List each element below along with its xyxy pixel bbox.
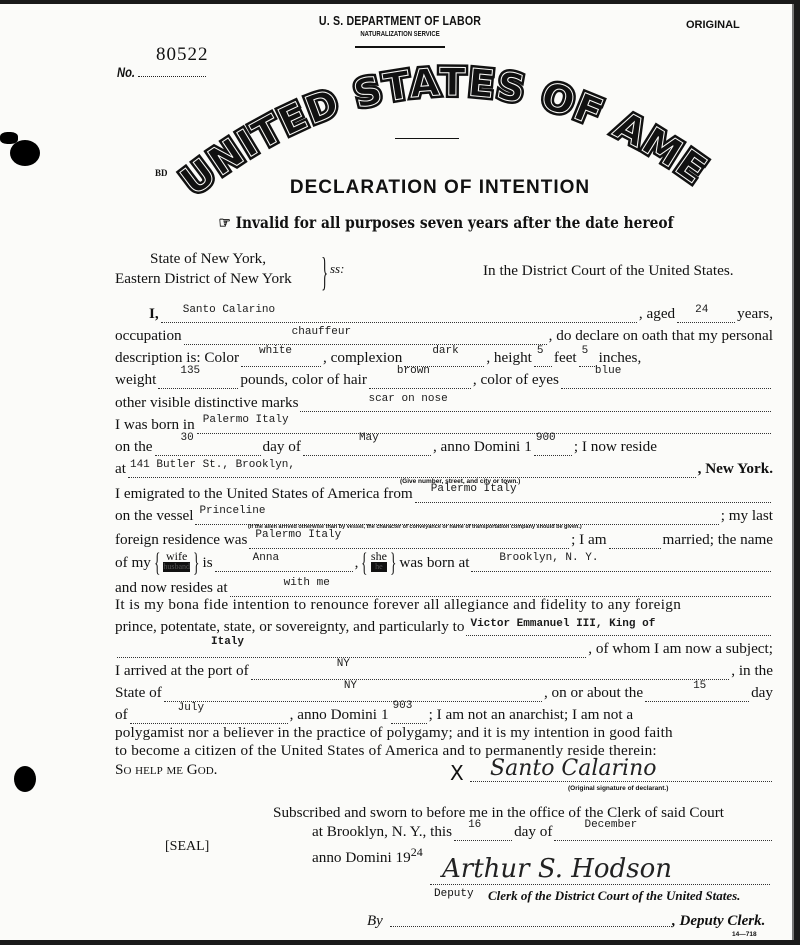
jurat-month-field[interactable]: December — [554, 826, 772, 841]
residence-field[interactable]: 141 Butler St., Brooklyn, — [128, 463, 696, 478]
line-name: I, Santo Calarino , aged 24 years, — [115, 305, 773, 323]
binder-hole-bottom — [14, 766, 36, 792]
birth-month-field[interactable]: May — [303, 441, 431, 456]
spouse-name-field[interactable]: Anna — [215, 557, 353, 572]
citizen-line: to become a citizen of the United States… — [115, 742, 773, 760]
name-field[interactable]: Santo Calarino — [161, 308, 637, 323]
line-weight: weight 135 pounds, color of hair brown ,… — [115, 371, 773, 389]
declarant-signature: Santo Calarino — [490, 756, 657, 781]
pronoun-choice: she he — [371, 550, 387, 572]
deputy-stamp: Deputy — [434, 888, 474, 900]
marks-field[interactable]: scar on nose — [300, 397, 771, 412]
vessel-field[interactable]: Princeline — [195, 510, 718, 525]
line-marks: other visible distinctive marks scar on … — [115, 394, 773, 412]
struck-option: husband — [163, 562, 190, 572]
arrival-year-field[interactable]: 903 — [391, 709, 427, 724]
occupation-field[interactable]: chauffeur — [184, 330, 547, 345]
sovereign-continued-field[interactable]: Italy — [117, 643, 586, 658]
line-spouse: of my { wife husband } is Anna , { she h… — [115, 554, 773, 572]
seal-label: [SEAL] — [165, 839, 209, 855]
jurat-line-2: at Brooklyn, N. Y., this 16 day of Decem… — [312, 823, 774, 841]
line-birthdate: on the 30 day of May , anno Domini 1 900… — [115, 438, 773, 456]
sovereign-field[interactable]: Victor Emmanuel III, King of — [466, 621, 771, 636]
svg-text:UNITED STATES OF AMERICA: UNITED STATES OF AMERICA — [0, 4, 716, 204]
by-label: By — [367, 913, 383, 930]
validity-note: ☞ Invalid for all purposes seven years a… — [62, 213, 800, 232]
line-arrival-date: of July , anno Domini 1 903 ; I am not a… — [115, 706, 773, 724]
arrival-day-field[interactable]: 15 — [645, 687, 749, 702]
title-rule — [395, 138, 459, 139]
clerk-title: Clerk of the District Court of the Unite… — [488, 888, 740, 904]
birth-year-field[interactable]: 900 — [534, 441, 572, 456]
hair-field[interactable]: brown — [369, 374, 471, 389]
jurat-anno: anno Domini 1924 — [312, 845, 423, 867]
line-foreign-residence: foreign residence was Palermo Italy ; I … — [115, 531, 773, 549]
allegiance-line-1: It is my bona fide intention to renounce… — [115, 596, 773, 614]
oath-line: So help me God. — [115, 761, 773, 779]
court-name: In the District Court of the United Stat… — [483, 262, 734, 280]
form-code: 14—718 — [732, 931, 757, 938]
venue-brace: } — [321, 248, 328, 295]
birth-day-field[interactable]: 30 — [155, 441, 261, 456]
line-residence: at 141 Butler St., Brooklyn, , New York. — [115, 460, 773, 478]
line-port: I arrived at the port of NY , in the — [115, 662, 773, 680]
clerk-signature: Arthur S. Hodson — [442, 854, 672, 884]
height-feet-field[interactable]: 5 — [534, 352, 552, 367]
jurat-line-1: Subscribed and sworn to before me in the… — [273, 804, 724, 822]
line-vessel: on the vessel Princeline ; my last — [115, 507, 773, 525]
pointing-hand-icon: ☞ — [218, 213, 230, 232]
marital-status-field[interactable] — [609, 534, 661, 549]
clerk-signature-line — [430, 884, 770, 885]
deputy-clerk-label: , Deputy Clerk. — [672, 913, 765, 930]
line-description: description is: Color white , complexion… — [115, 349, 773, 367]
deputy-signature-line — [390, 926, 672, 927]
signature-line — [470, 781, 772, 782]
jurat-day-field[interactable]: 16 — [454, 826, 512, 841]
spouse-residence-field[interactable]: with me — [230, 582, 771, 597]
line-emigrated: I emigrated to the United States of Amer… — [115, 485, 773, 503]
form-title: DECLARATION OF INTENTION — [0, 177, 800, 199]
jurat-year: 24 — [411, 845, 423, 859]
signature-hint: (Original signature of declarant.) — [568, 785, 668, 792]
eyes-field[interactable]: blue — [561, 374, 771, 389]
spouse-type-choice: wife husband — [163, 550, 190, 572]
color-field[interactable]: white — [241, 352, 321, 367]
signature-mark: X — [450, 761, 464, 785]
line-birthplace: I was born in Palermo Italy — [115, 416, 773, 434]
struck-pronoun: he — [371, 562, 387, 572]
emigrated-from-field[interactable]: Palermo Italy — [415, 488, 771, 503]
weight-field[interactable]: 135 — [158, 374, 238, 389]
venue-state: State of New York, — [150, 250, 266, 268]
age-field[interactable]: 24 — [677, 308, 735, 323]
arrival-month-field[interactable]: July — [130, 709, 288, 724]
line-subject: Italy , of whom I am now a subject; — [115, 640, 773, 658]
ss-label: ss: — [330, 261, 344, 277]
birthplace-field[interactable]: Palermo Italy — [197, 419, 771, 434]
foreign-residence-field[interactable]: Palermo Italy — [249, 534, 569, 549]
line-arrival-state: State of NY , on or about the 15 day — [115, 684, 773, 702]
declaration-document: U. S. DEPARTMENT OF LABOR NATURALIZATION… — [0, 4, 794, 940]
venue-district: Eastern District of New York — [115, 270, 292, 288]
port-field[interactable]: NY — [251, 665, 730, 680]
arrival-state-field[interactable]: NY — [164, 687, 542, 702]
line-spouse-residence: and now resides at with me — [115, 579, 773, 597]
polygamy-line: polygamist nor a believer in the practic… — [115, 724, 773, 742]
spouse-birthplace-field[interactable]: Brooklyn, N. Y. — [471, 557, 771, 572]
